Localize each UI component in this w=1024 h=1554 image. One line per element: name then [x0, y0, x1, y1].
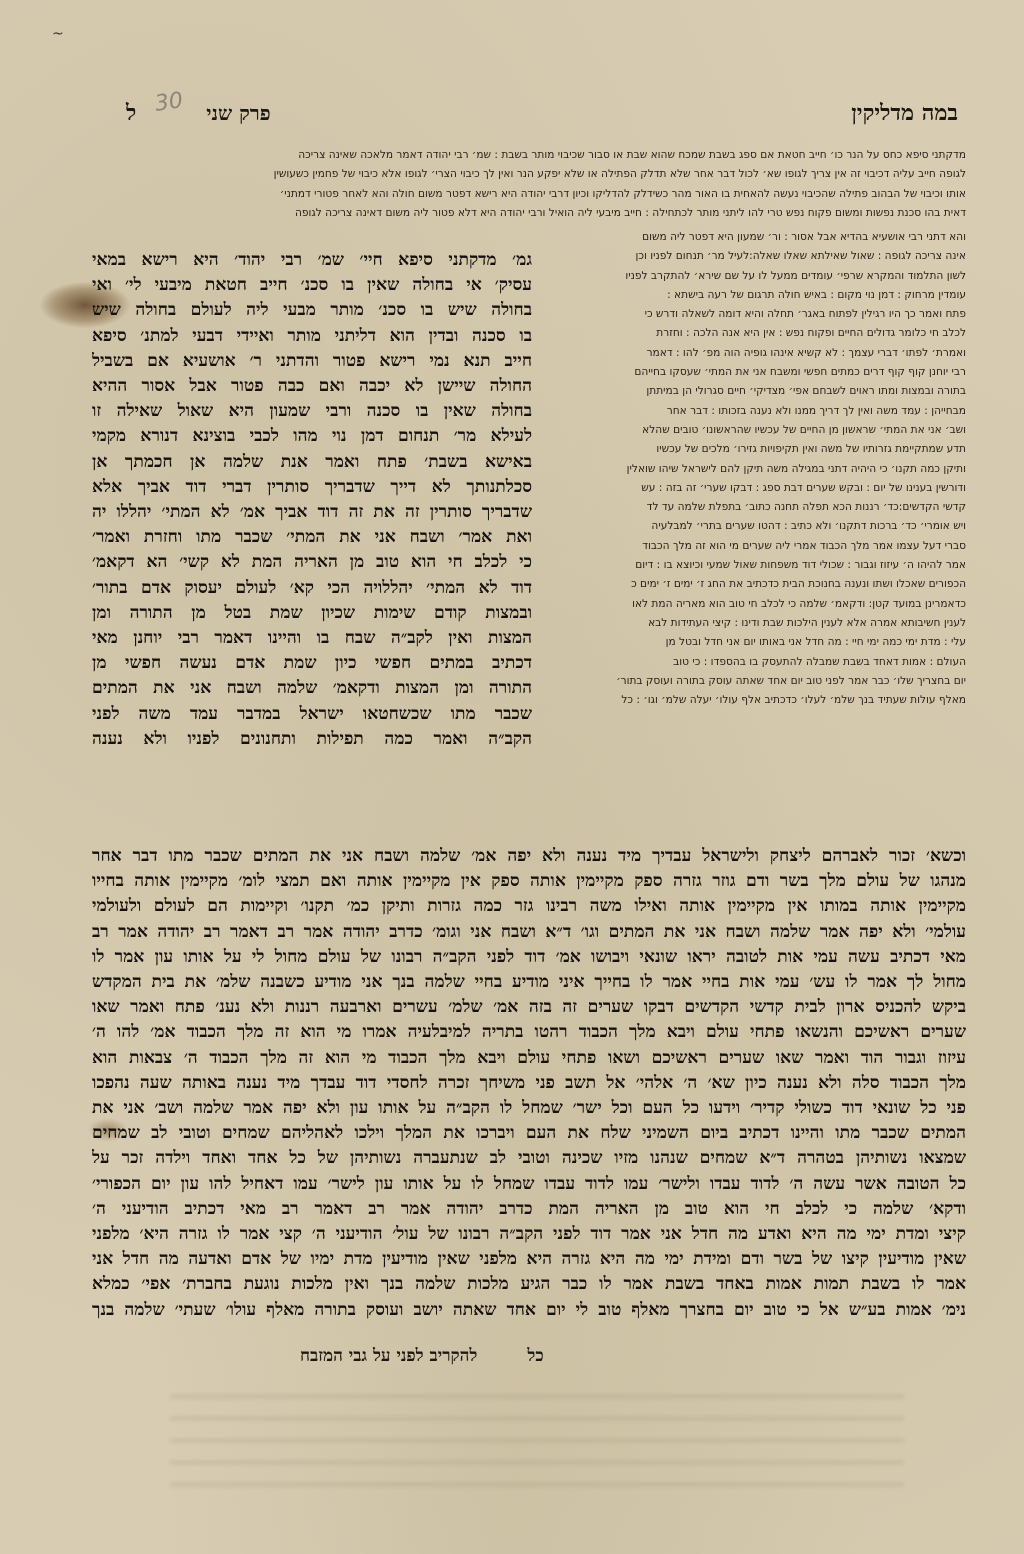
rashi-line: פתח ואמר כך היו רגילין לפתוח באגר׳ תחלה … [548, 305, 966, 324]
gemara-line: חייב תנא נמי רישא פטור והדתני ר׳ אושעיא … [92, 349, 532, 374]
gemara-line: החולה שיישן לא יכבה ואם כבה פטור אבל אסו… [92, 374, 532, 399]
gemara-line: שכבר מתו שכשחטאו ישראל במדבר עמד משה לפנ… [92, 702, 532, 727]
tractate-title: במה מדליקין [851, 100, 958, 126]
rashi-line: והא דתני רבי אושעיא בהדיא אבל אסור : ור׳… [548, 228, 966, 247]
rashi-line: ואמרת׳ לפתו׳ דברי עצמך : לא קשיא אינהו ג… [548, 344, 966, 363]
rashi-line: בתורה ובמצות ומתו ראוים לשבחם אפי׳ מצדיק… [548, 382, 966, 401]
gemara-line: לעילא מר׳ תנחום דמן נוי מהו לכבי בוצינא … [92, 424, 532, 449]
rashi-line: ודורשין בענינו של יום : ובקש שערים דבת ס… [548, 479, 966, 498]
gemara-line: בחולה שיש בו סכנ׳ מותר מבעי ליה לעולם בח… [92, 298, 532, 323]
rashi-line: תדע שמתקיימת גזרותיו של משה ואין תקיפויו… [548, 440, 966, 459]
rashi-line: אותו וכיבוי של הבהוב פתילה שהכיבוי נעשה … [96, 185, 966, 204]
gemara-line: המצות ואין לקב״ה שבח בו והיינו דאמר רבי … [92, 626, 532, 651]
rashi-line: לגופה חייב עליה דכיבוי זה אין צריך לגופו… [96, 165, 966, 184]
gemara-line: התורה ומן המצות ודקאמ׳ שלמה ושבח אני את … [92, 676, 532, 701]
rashi-line: מאלף עולות שעתיד בנך שלמ׳ לעלו׳ כדכתיב א… [548, 691, 966, 710]
gemara-text-column: גמ׳ מדקתני סיפא חיי׳ שמ׳ רבי יהוד׳ היא ר… [92, 248, 532, 752]
rashi-line: עומדין מרחוק : דמן נוי מקום : באיש חולה … [548, 286, 966, 305]
rashi-line: רבי יוחנן קוף קוף דרים כמתים חפשי ומשבח … [548, 363, 966, 382]
rashi-line: מדקתני סיפא כחס על הנר כו׳ חייב חטאת אם … [96, 146, 966, 165]
gemara-line: דכתיב במתים חפשי כיון שמת אדם נעשה חפשי … [92, 651, 532, 676]
gemara-text-full-width: וכשא׳ זכור לאברהם ליצחק ולישראל עבדיך מי… [92, 844, 966, 1323]
gemara-line: כי לכלב חי הוא טוב מן האריה המת לא קשי׳ … [92, 550, 532, 575]
gemara-line: שערים ראשיכם והנשאו פתחי עולם ויבא מלך ה… [92, 1020, 966, 1045]
rashi-commentary-top: מדקתני סיפא כחס על הנר כו׳ חייב חטאת אם … [96, 146, 966, 223]
corner-mark: ~ [52, 26, 64, 42]
gemara-line: עולמי׳ ולא יפה אמר שלמה ושבח אני את המתי… [92, 920, 966, 945]
gemara-line: המתים שכבר מתו והיינו דכתיב ביום השמיני … [92, 1121, 966, 1146]
gemara-line: עיזוז וגבור הוד ואמר שאו שערים ראשיכם וש… [92, 1046, 966, 1071]
catchword-text: להקריב לפני על גבי המזבח [300, 1346, 477, 1366]
rashi-line: יום בחצריך שלו׳ כבר אמר לפני טוב יום אחד… [548, 672, 966, 691]
rashi-line: ויש אומרי׳ כד׳ ברכות דתקנו׳ ולא כתיב : ד… [548, 517, 966, 536]
gemara-line: קיצי ומדת ימי מה היא ואדע מה חדל אני אמר… [92, 1222, 966, 1247]
gemara-line: מאי דכתיב עשה עמי אות לטובה יראו שונאי ו… [92, 945, 966, 970]
gemara-line: ודקא׳ שלמה כי לכלב חי הוא טוב מן האריה ה… [92, 1197, 966, 1222]
gemara-line: ובמצות קודם שימות שכיון שמת בטל מן התורה… [92, 601, 532, 626]
gemara-line: באישא בשבת׳ פתח ואמר אנת שלמה אן חכמתך א… [92, 450, 532, 475]
gemara-line: ביקש להכניס ארון לבית קדשי הקדשים דבקו ש… [92, 995, 966, 1020]
gemara-line: בחולה שאין בו סכנה ורבי שמעון היא שאול ש… [92, 399, 532, 424]
gemara-line: וכשא׳ זכור לאברהם ליצחק ולישראל עבדיך מי… [92, 844, 966, 869]
rashi-line: קדשי הקדשים:כד׳ רננות הכא תפלה תחנה כתוב… [548, 498, 966, 517]
catchword-next: כל [527, 1346, 543, 1366]
gemara-line: כל הטובה אשר עשה ה׳ לדוד עבדו ולישר׳ עמו… [92, 1172, 966, 1197]
rashi-line: לענין חשיבותא אמרה אלא לענין הילכות שבת … [548, 614, 966, 633]
talmud-folio-page: ~ במה מדליקין פרק שני ל 30 מדקתני סיפא כ… [0, 0, 1024, 1554]
gemara-line: מנהגו של עולם מלך בשר ודם גוזר גזרה ספק … [92, 869, 966, 894]
rashi-line: מבחייהן : עמד משה ואין לך דריך ממנו ולא … [548, 402, 966, 421]
rashi-line: אינה צריכה לגופה : שאול שאילתא שאלו שאלה… [548, 247, 966, 266]
gemara-line: עסיק׳ אי בחולה שאין בו סכנ׳ חייב חטאת מי… [92, 273, 532, 298]
show-through-text [170, 1395, 904, 1505]
gemara-line: שמצאו נשותיהן בטהרה ד״א שמחים שנהנו מזיו… [92, 1146, 966, 1171]
gemara-line: סכלתנותך לא דייך שדבריך סותרין דברי דוד … [92, 475, 532, 500]
rashi-line: אמר להיהו ה׳ עיזוז וגבור : שכולי דוד משפ… [548, 556, 966, 575]
pencil-folio-annotation: 30 [153, 88, 184, 117]
gemara-line: ואת אמר׳ ושבח אני את המתי׳ שכבר מתו וחזר… [92, 525, 532, 550]
gemara-line: הקב״ה ואמר כמה תפילות ותחנונים לפניו ולא… [92, 727, 532, 752]
rashi-line: סברי דעל עצמו אמר מלך הכבוד אמרי ליה שער… [548, 537, 966, 556]
chapter-header: פרק שני ל [126, 100, 271, 126]
gemara-line: פני כל שונאי דוד כשולי קדיר׳ וידעו כל הע… [92, 1096, 966, 1121]
rashi-line: ותיקן כמה תקנו׳ כי היהיה דתני במגילה משה… [548, 460, 966, 479]
folio-number: ל [126, 100, 136, 126]
gemara-line: מקיימין אותה במותו אין מקיימין אותה ואיל… [92, 894, 966, 919]
gemara-line: בו סכנה ובדין הוא דליתני מותר ואיידי דבע… [92, 324, 532, 349]
rashi-line: עלי : מדת ימי כמה ימי חיי : מה חדל אני ב… [548, 633, 966, 652]
gemara-line: מחול לך אמר לו עש׳ עמי אות בחיי אמר לו ב… [92, 970, 966, 995]
rashi-line: העולם : אמות דאחד בשבת שמבלה להתעסק בו ב… [548, 653, 966, 672]
gemara-line: דוד לא המתי׳ יהללויה הכי קא׳ לעולם יעסוק… [92, 576, 532, 601]
catchword-line: כל להקריב לפני על גבי המזבח [300, 1346, 544, 1366]
rashi-line: לכלב חי כלומר גדולים החיים ופקוח נפש : א… [548, 324, 966, 343]
rashi-line: כדאמרינן במועד קטן: ודקאמ׳ שלמה כי לכלב … [548, 595, 966, 614]
chapter-title: פרק שני [206, 101, 270, 126]
rashi-line: הכפורים שאכלו ושתו ונענה בחנוכת הבית כדכ… [548, 575, 966, 594]
gemara-line: שדבריך סותרין זה את זה דוד אביך אמ׳ לא ה… [92, 500, 532, 525]
rashi-line: ושב׳ אני את המתי׳ שראשון מן החיים של עכש… [548, 421, 966, 440]
gemara-line: גמ׳ מדקתני סיפא חיי׳ שמ׳ רבי יהוד׳ היא ר… [92, 248, 532, 273]
rashi-line: לשון התלמוד והמקרא שרפי׳ עומדים ממעל לו … [548, 267, 966, 286]
gemara-line: נימ׳ אמות בע״ש אל כי טוב יום בחצרך מאלף … [92, 1298, 966, 1323]
rashi-line: דאית בהו סכנת נפשות ומשום פקוח נפש טרי ל… [96, 204, 966, 223]
gemara-line: מלך הכבוד סלה ולא נענה כיון שא׳ ה׳ אלהי׳… [92, 1071, 966, 1096]
gemara-line: אמר לו בשבת תמות אמות באחד בשבת אמר לו כ… [92, 1272, 966, 1297]
gemara-line: שאין מודיעין קיצו של בשר ודם ומידת ימי מ… [92, 1247, 966, 1272]
rashi-commentary-column: והא דתני רבי אושעיא בהדיא אבל אסור : ור׳… [548, 228, 966, 710]
